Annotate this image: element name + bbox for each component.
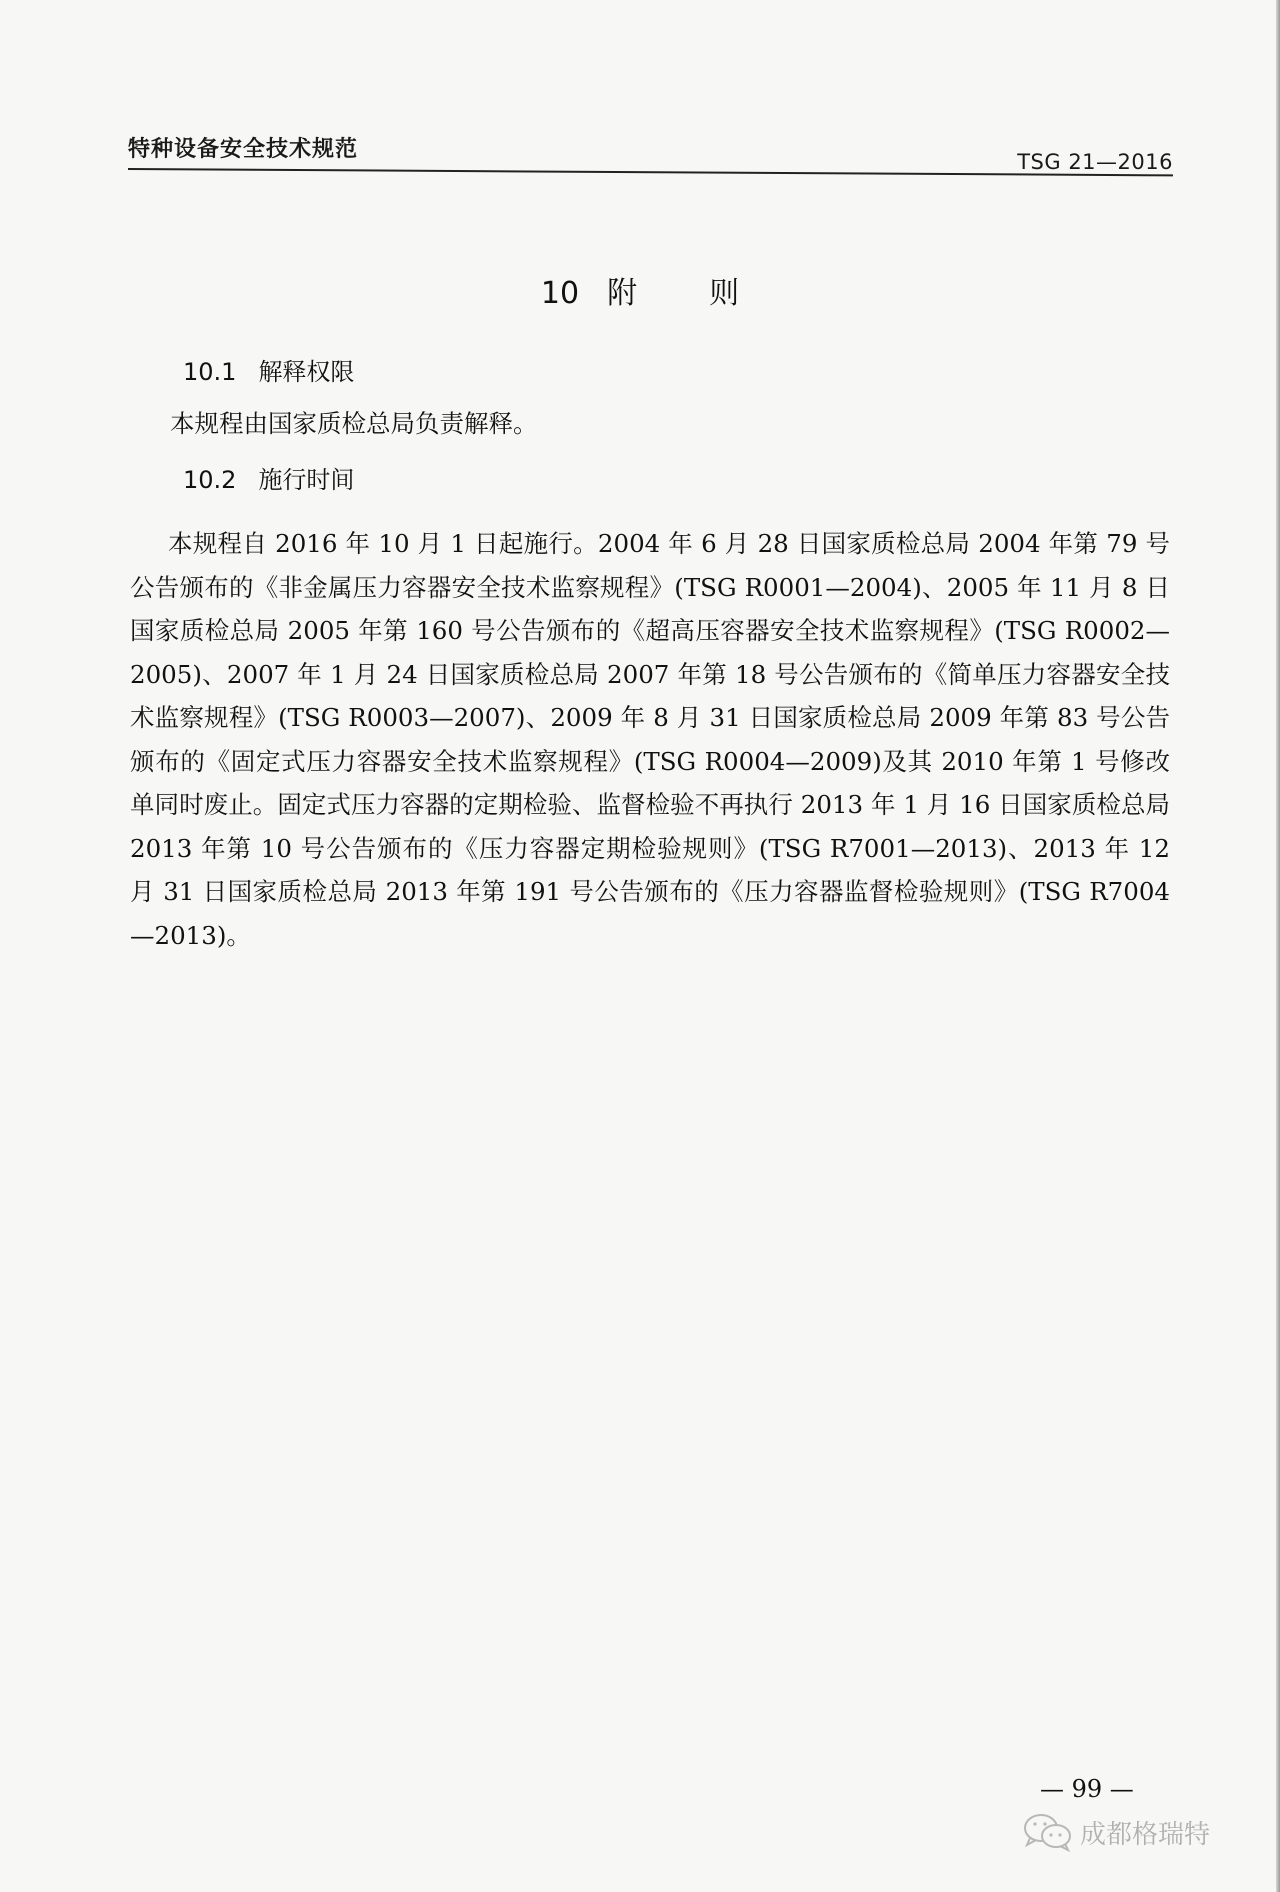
running-header: 特种设备安全技术规范 TSG 21—2016: [128, 128, 1173, 188]
chapter-title-char-1: 附: [607, 268, 637, 312]
section-heading-10-1: 10.1解释权限: [183, 352, 354, 387]
section-body-10-1: 本规程由国家质检总局负责解释。: [170, 402, 1170, 446]
chapter-title-char-2: 则: [709, 268, 739, 312]
wechat-icon: [1022, 1812, 1074, 1852]
series-title: 特种设备安全技术规范: [128, 132, 358, 163]
chapter-title: 10附则: [0, 268, 1280, 312]
section-number: 10.1: [183, 358, 236, 386]
watermark-text: 成都格瑞特: [1080, 1814, 1210, 1851]
section-heading-10-2: 10.2施行时间: [183, 460, 354, 495]
section-body-10-2: 本规程自 2016 年 10 月 1 日起施行。2004 年 6 月 28 日国…: [130, 522, 1170, 957]
watermark: 成都格瑞特: [1022, 1812, 1210, 1852]
section-title: 施行时间: [258, 466, 354, 494]
page-number: — 99 —: [1040, 1775, 1134, 1803]
section-number: 10.2: [183, 466, 236, 494]
chapter-number: 10: [541, 276, 579, 311]
standard-code: TSG 21—2016: [1017, 150, 1173, 174]
section-title: 解释权限: [258, 358, 354, 386]
